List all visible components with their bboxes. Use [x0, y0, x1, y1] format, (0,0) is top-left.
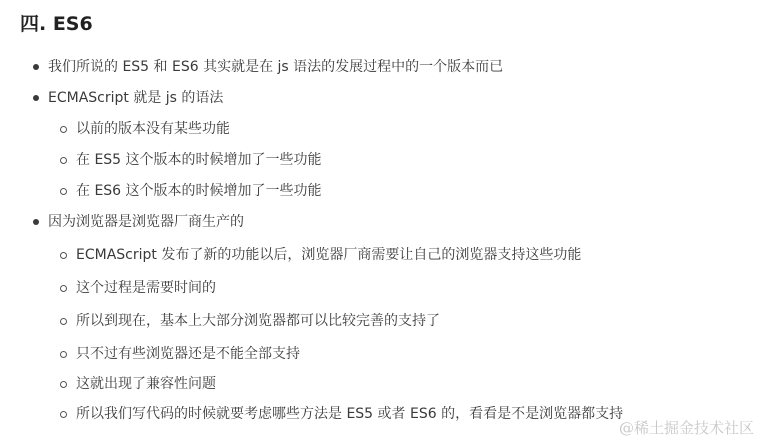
watermark: @稀土掘金技术社区 [619, 417, 754, 438]
bullet-circle-icon [60, 157, 67, 164]
list-item: 以前的版本没有某些功能 [76, 119, 230, 139]
bullet-disc-icon [33, 219, 39, 225]
list-item: 所以我们写代码的时候就要考虑哪些方法是 ES5 或者 ES6 的，看看是不是浏览… [76, 404, 623, 424]
list-item: 只不过有些浏览器还是不能全部支持 [76, 344, 300, 364]
bullet-circle-icon [60, 188, 67, 195]
list-item-text: 我们所说的 ES5 和 ES6 其实就是在 js 语法的发展过程中的一个版本而已 [48, 59, 503, 75]
bullet-circle-icon [60, 318, 67, 325]
list-item: 这个过程是需要时间的 [76, 278, 216, 298]
list-item-text: 所以我们写代码的时候就要考虑哪些方法是 ES5 或者 ES6 的，看看是不是浏览… [76, 406, 623, 422]
list-item-text: 这就出现了兼容性问题 [76, 376, 216, 392]
list-item: ECMAScript 就是 js 的语法 [48, 88, 223, 108]
list-item-text: 以前的版本没有某些功能 [76, 121, 230, 137]
bullet-circle-icon [60, 381, 67, 388]
document: 四. ES6 我们所说的 ES5 和 ES6 其实就是在 js 语法的发展过程中… [0, 0, 760, 444]
bullet-circle-icon [60, 351, 67, 358]
list-item: 所以到现在，基本上大部分浏览器都可以比较完善的支持了 [76, 311, 440, 331]
list-item-text: 这个过程是需要时间的 [76, 280, 216, 296]
list-item-text: ECMAScript 就是 js 的语法 [48, 90, 223, 106]
list-item-text: 因为浏览器是浏览器厂商生产的 [48, 214, 244, 230]
section-heading: 四. ES6 [20, 10, 93, 38]
list-item: 在 ES6 这个版本的时候增加了一些功能 [76, 181, 322, 201]
bullet-disc-icon [33, 64, 39, 70]
list-item: ECMAScript 发布了新的功能以后，浏览器厂商需要让自己的浏览器支持这些功… [76, 245, 581, 265]
list-item-text: ECMAScript 发布了新的功能以后，浏览器厂商需要让自己的浏览器支持这些功… [76, 247, 581, 263]
list-item-text: 在 ES6 这个版本的时候增加了一些功能 [76, 183, 322, 199]
list-item: 我们所说的 ES5 和 ES6 其实就是在 js 语法的发展过程中的一个版本而已 [48, 57, 503, 77]
list-item: 这就出现了兼容性问题 [76, 374, 216, 394]
bullet-circle-icon [60, 411, 67, 418]
list-item-text: 只不过有些浏览器还是不能全部支持 [76, 346, 300, 362]
bullet-circle-icon [60, 126, 67, 133]
bullet-disc-icon [33, 95, 39, 101]
list-item-text: 所以到现在，基本上大部分浏览器都可以比较完善的支持了 [76, 313, 440, 329]
bullet-circle-icon [60, 285, 67, 292]
list-item: 因为浏览器是浏览器厂商生产的 [48, 212, 244, 232]
list-item-text: 在 ES5 这个版本的时候增加了一些功能 [76, 152, 322, 168]
list-item: 在 ES5 这个版本的时候增加了一些功能 [76, 150, 322, 170]
bullet-circle-icon [60, 252, 67, 259]
